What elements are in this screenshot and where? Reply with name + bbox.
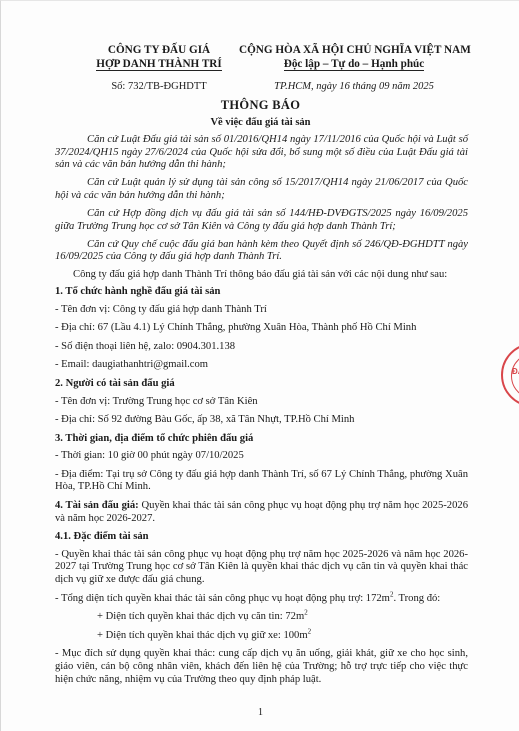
auction-org-email: - Email: daugiathanhtri@gmail.com	[55, 359, 468, 372]
legal-basis-2: Căn cứ Luật quản lý sử dụng tài sản công…	[55, 177, 468, 202]
issuer-block: CÔNG TY ĐẤU GIÁ HỢP DANH THÀNH TRÍ Số: 7…	[89, 43, 229, 92]
owner-address: - Địa chỉ: Số 92 đường Bàu Gốc, ấp 38, x…	[55, 414, 468, 427]
national-heading-block: CỘNG HÒA XÃ HỘI CHỦ NGHĨA VIỆT NAM Độc l…	[239, 43, 469, 92]
total-area: - Tổng diện tích quyền khai thác tài sản…	[55, 593, 468, 606]
section41-heading: 4.1. Đặc điểm tài sản	[55, 531, 468, 544]
document-number: Số: 732/TB-ĐGHDTT	[89, 81, 229, 92]
auction-org-address: - Địa chỉ: 67 (Lầu 4.1) Lý Chính Thắng, …	[55, 322, 468, 335]
document-page: CÔNG TY ĐẤU GIÁ HỢP DANH THÀNH TRÍ Số: 7…	[0, 0, 519, 731]
legal-basis-4: Căn cứ Quy chế cuộc đấu giá ban hành kèm…	[55, 239, 468, 264]
red-seal-stamp: ĐẤ	[501, 343, 519, 407]
auction-org-name: - Tên đơn vị: Công ty đấu giá hợp danh T…	[55, 304, 468, 317]
auction-time: - Thời gian: 10 giờ 00 phút ngày 07/10/2…	[55, 450, 468, 463]
national-motto: Độc lập – Tự do – Hạnh phúc	[284, 58, 425, 71]
asset-description: - Quyền khai thác tài sản công phục vụ h…	[55, 549, 468, 587]
usage-purpose: - Mục đích sử dụng quyền khai thác: cung…	[55, 648, 468, 686]
page-number: 1	[1, 707, 519, 718]
auction-org-phone: - Số điện thoại liên hệ, zalo: 0904.301.…	[55, 341, 468, 354]
canteen-area: + Diện tích quyền khai thác dịch vụ căn …	[55, 611, 468, 624]
document-subtitle: Về việc đấu giá tài sản	[1, 117, 519, 128]
nation-title: CỘNG HÒA XÃ HỘI CHỦ NGHĨA VIỆT NAM	[239, 43, 469, 57]
section4-label: 4. Tài sản đấu giá:	[55, 500, 139, 511]
auction-place: - Địa điểm: Tại trụ sở Công ty đấu giá h…	[55, 469, 468, 494]
legal-basis-1: Căn cứ Luật Đấu giá tài sản số 01/2016/Q…	[55, 134, 468, 172]
legal-basis-3: Căn cứ Hợp đồng dịch vụ đấu giá tài sản …	[55, 208, 468, 233]
place-date: TP.HCM, ngày 16 tháng 09 năm 2025	[239, 81, 469, 92]
stamp-text: ĐẤ	[512, 367, 519, 376]
issuer-name-line2: HỢP DANH THÀNH TRÍ	[96, 58, 221, 71]
section1-heading: 1. Tổ chức hành nghề đấu giá tài sản	[55, 286, 468, 299]
section4-asset: 4. Tài sản đấu giá: Quyền khai thác tài …	[55, 500, 468, 525]
document-body: Căn cứ Luật Đấu giá tài sản số 01/2016/Q…	[55, 134, 468, 692]
section2-heading: 2. Người có tài sản đấu giá	[55, 378, 468, 391]
issuer-name-line1: CÔNG TY ĐẤU GIÁ	[89, 43, 229, 57]
intro-text: Công ty đấu giá hợp danh Thành Trí thông…	[55, 269, 468, 282]
document-title: THÔNG BÁO	[1, 98, 519, 113]
owner-name: - Tên đơn vị: Trường Trung học cơ sở Tân…	[55, 396, 468, 409]
parking-area: + Diện tích quyền khai thác dịch vụ giữ …	[55, 630, 468, 643]
section3-heading: 3. Thời gian, địa điểm tổ chức phiên đấu…	[55, 433, 468, 446]
